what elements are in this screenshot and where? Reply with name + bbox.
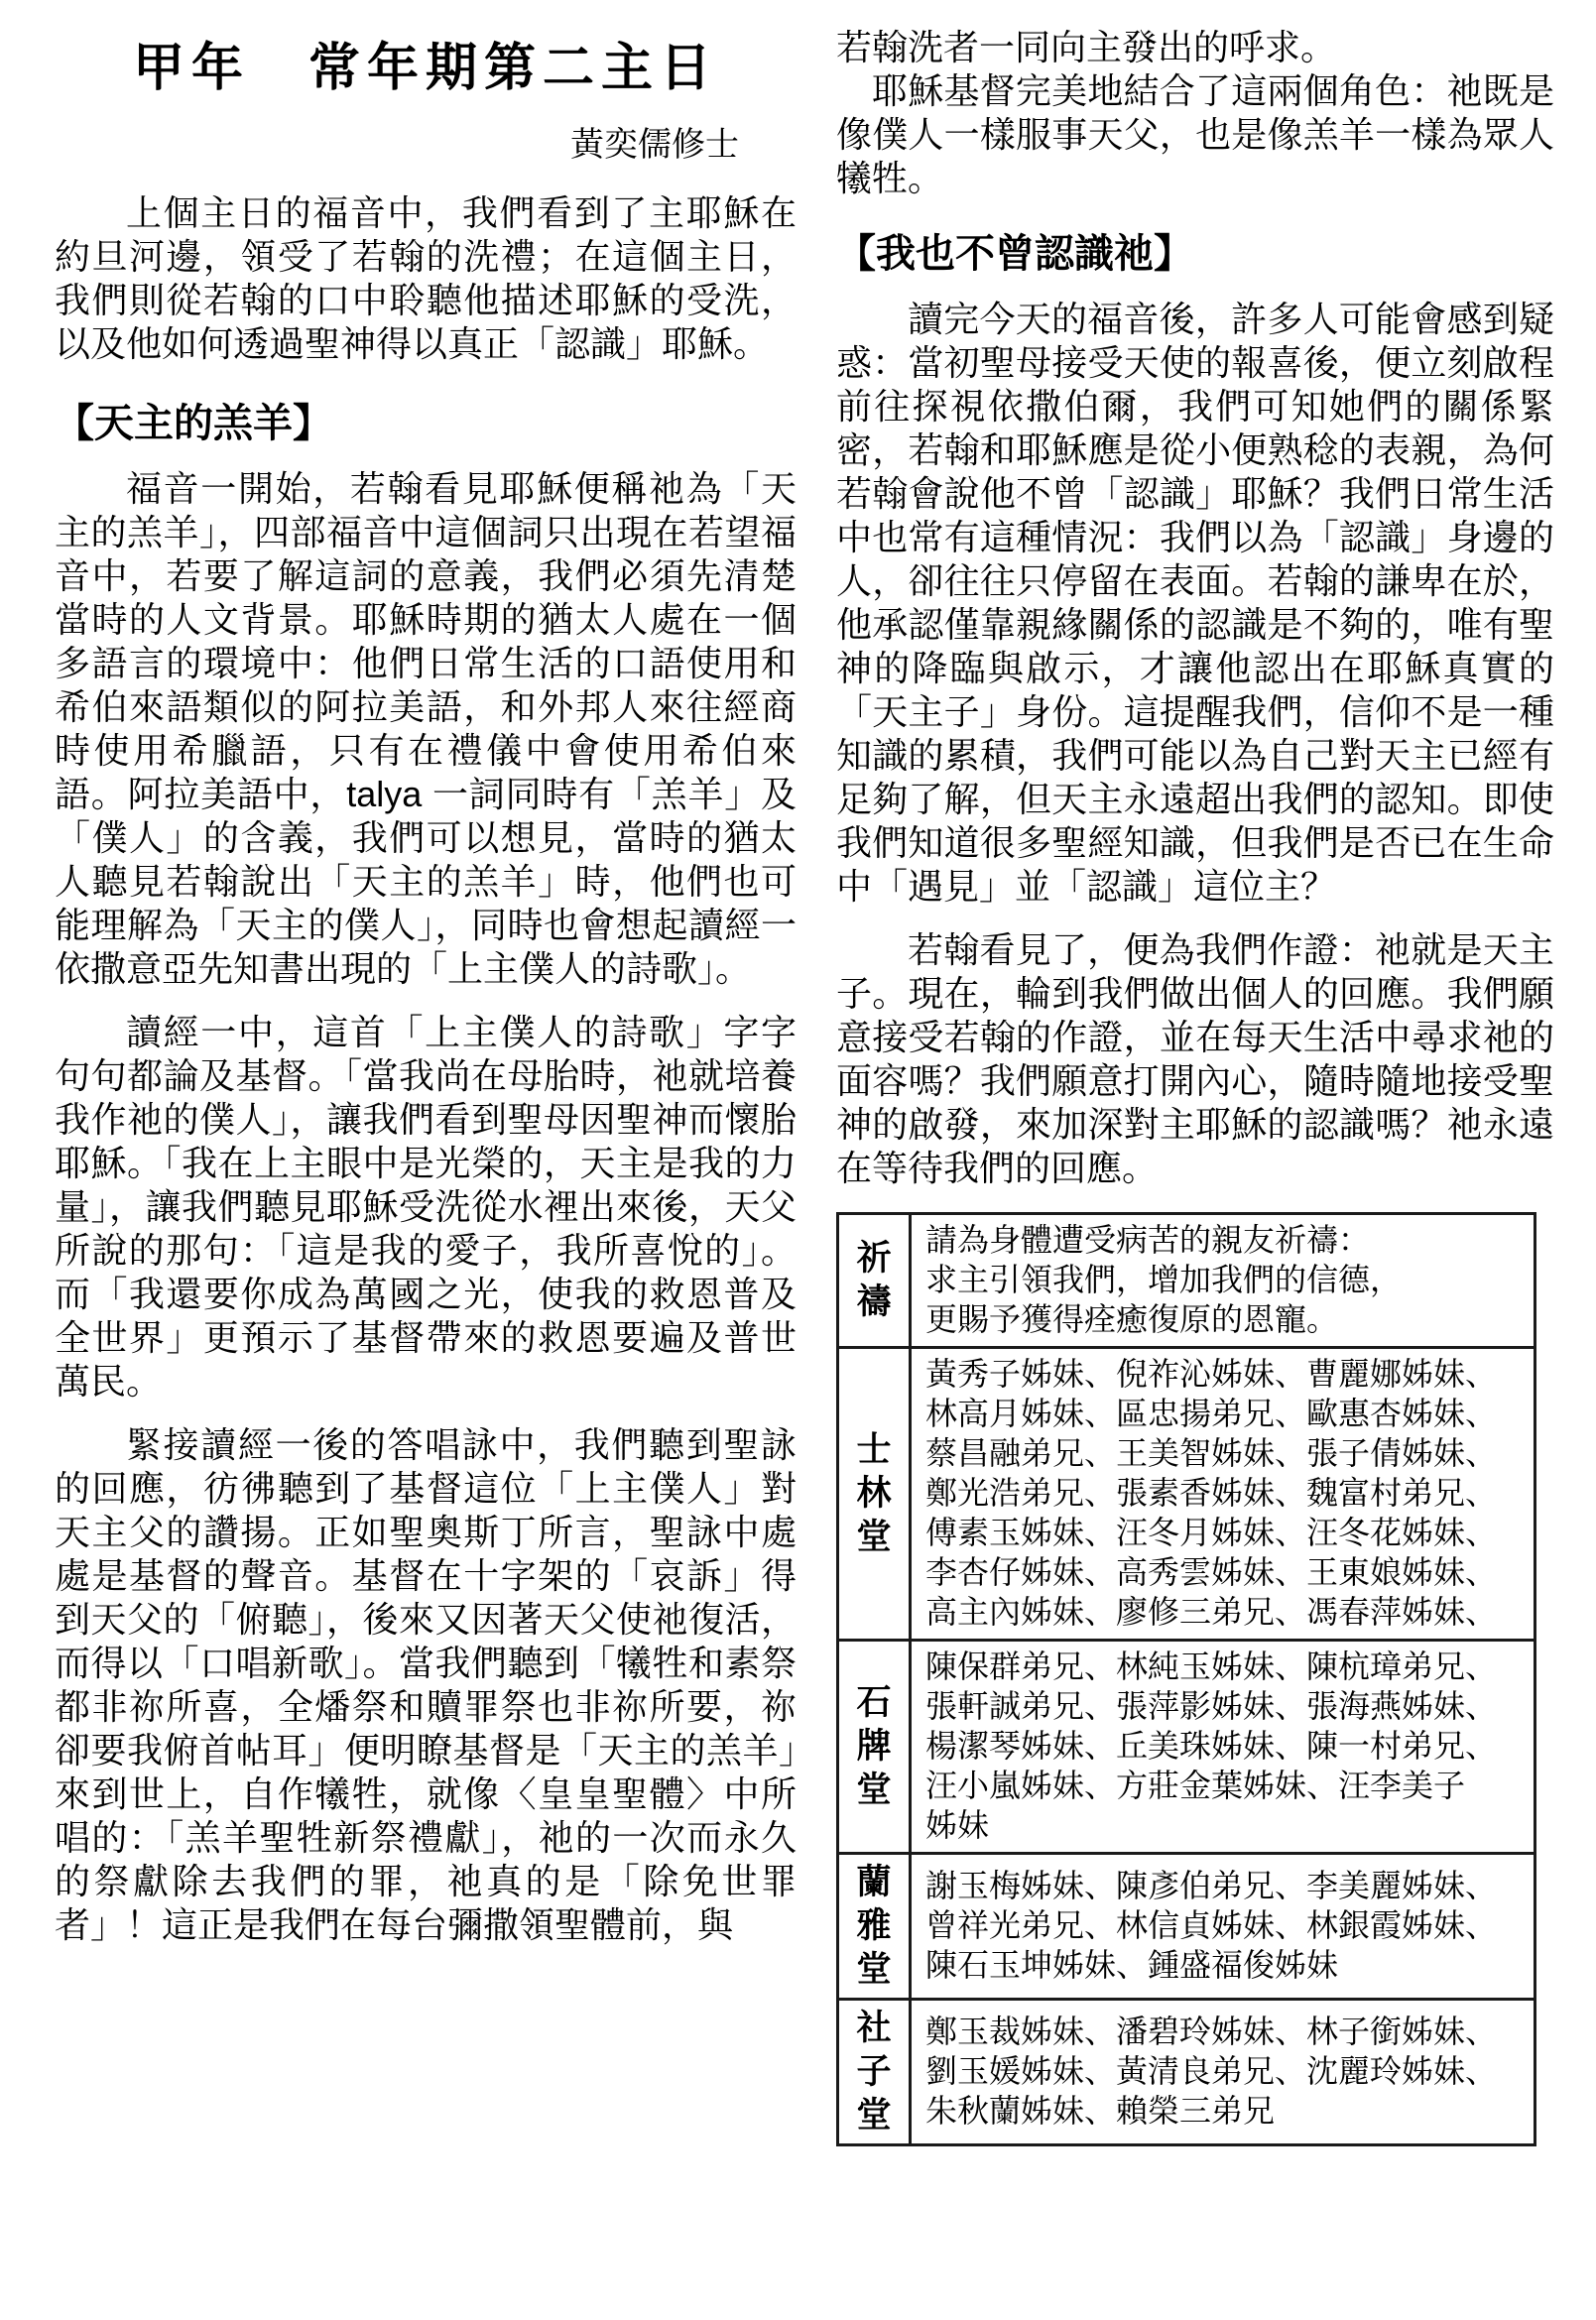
row-header-shilin: 士林堂 (838, 1348, 911, 1641)
section-heading-lamb-of-god: 【天主的羔羊】 (55, 400, 797, 447)
row-header-label: 士林堂 (855, 1428, 893, 1559)
page-title: 甲年 常年期第二主日 (55, 40, 797, 99)
row-content-shilin: 黃秀子姊妹、倪祚沁姊妹、曹麗娜姊妹、 林高月姊妹、區忠揚弟兄、歐惠杏姊妹、 蔡昌… (911, 1348, 1535, 1641)
author: 黃奕儒修士 (55, 117, 797, 166)
paragraph-lamb-2: 讀經一中，這首「上主僕人的詩歌」字字句句都論及基督。「當我尚在母胎時，祂就培養我… (55, 1011, 797, 1404)
left-column: 甲年 常年期第二主日 黃奕儒修士 上個主日的福音中，我們看到了主耶穌在約旦河邊，… (55, 26, 797, 2146)
table-row-shipai: 石牌堂 陳保群弟兄、林純玉姊妹、陳杭璋弟兄、 張軒誠弟兄、張萍影姊妹、張海燕姊妹… (838, 1641, 1535, 1854)
paragraph-know-2: 若翰看見了，便為我們作證：祂就是天主子。現在，輪到我們做出個人的回應。我們願意接… (836, 928, 1554, 1190)
row-header-label: 蘭雅堂 (855, 1861, 893, 1992)
row-header-lanya: 蘭雅堂 (838, 1854, 911, 2000)
row-content-prayer: 請為身體遭受病苦的親友祈禱： 求主引領我們，增加我們的信德， 更賜予獲得痊癒復原… (911, 1214, 1535, 1348)
section-heading-never-knew-him: 【我也不曾認識祂】 (836, 230, 1554, 278)
row-header-label: 石牌堂 (855, 1681, 893, 1812)
paragraph-lamb-3: 緊接讀經一後的答唱詠中，我們聽到聖詠的回應，彷彿聽到了基督這位「上主僕人」對天主… (55, 1423, 797, 1947)
paragraph-intro: 上個主日的福音中，我們看到了主耶穌在約旦河邊，領受了若翰的洗禮；在這個主日，我們… (55, 191, 797, 366)
paragraph-two-roles: 耶穌基督完美地結合了這兩個角色：祂既是像僕人一樣服事天父，也是像羔羊一樣為眾人犧… (836, 69, 1554, 200)
row-header-prayer: 祈禱 (838, 1214, 911, 1348)
paragraph-lamb-1: 福音一開始，若翰看見耶穌便稱祂為「天主的羔羊」，四部福音中這個詞只出現在若望福音… (55, 467, 797, 991)
row-content-lanya: 謝玉梅姊妹、陳彥伯弟兄、李美麗姊妹、 曾祥光弟兄、林信貞姊妹、林銀霞姊妹、 陳石… (911, 1854, 1535, 2000)
table-row-lanya: 蘭雅堂 謝玉梅姊妹、陳彥伯弟兄、李美麗姊妹、 曾祥光弟兄、林信貞姊妹、林銀霞姊妹… (838, 1854, 1535, 2000)
row-header-label: 祈禱 (855, 1237, 893, 1324)
row-header-shipai: 石牌堂 (838, 1641, 911, 1854)
row-content-shezi: 鄭玉裁姊妹、潘碧玲姊妹、林子銜姊妹、 劉玉媛姊妹、黃清良弟兄、沈麗玲姊妹、 朱秋… (911, 2000, 1535, 2145)
row-header-shezi: 社子堂 (838, 2000, 911, 2145)
right-column: 若翰洗者一同向主發出的呼求。 耶穌基督完美地結合了這兩個角色：祂既是像僕人一樣服… (836, 26, 1554, 2146)
paragraph-know-1: 讀完今天的福音後，許多人可能會感到疑惑：當初聖母接受天使的報喜後，便立刻啟程前往… (836, 298, 1554, 909)
table-row-prayer: 祈禱 請為身體遭受病苦的親友祈禱： 求主引領我們，增加我們的信德， 更賜予獲得痊… (838, 1214, 1535, 1348)
prayer-table: 祈禱 請為身體遭受病苦的親友祈禱： 求主引領我們，增加我們的信德， 更賜予獲得痊… (836, 1212, 1536, 2146)
row-content-shipai: 陳保群弟兄、林純玉姊妹、陳杭璋弟兄、 張軒誠弟兄、張萍影姊妹、張海燕姊妹、 楊潔… (911, 1641, 1535, 1854)
bulletin-page: 甲年 常年期第二主日 黃奕儒修士 上個主日的福音中，我們看到了主耶穌在約旦河邊，… (0, 0, 1596, 2146)
table-row-shilin: 士林堂 黃秀子姊妹、倪祚沁姊妹、曹麗娜姊妹、 林高月姊妹、區忠揚弟兄、歐惠杏姊妹… (838, 1348, 1535, 1641)
paragraph-continuation: 若翰洗者一同向主發出的呼求。 (836, 26, 1554, 69)
row-header-label: 社子堂 (855, 2007, 893, 2137)
table-row-shezi: 社子堂 鄭玉裁姊妹、潘碧玲姊妹、林子銜姊妹、 劉玉媛姊妹、黃清良弟兄、沈麗玲姊妹… (838, 2000, 1535, 2145)
